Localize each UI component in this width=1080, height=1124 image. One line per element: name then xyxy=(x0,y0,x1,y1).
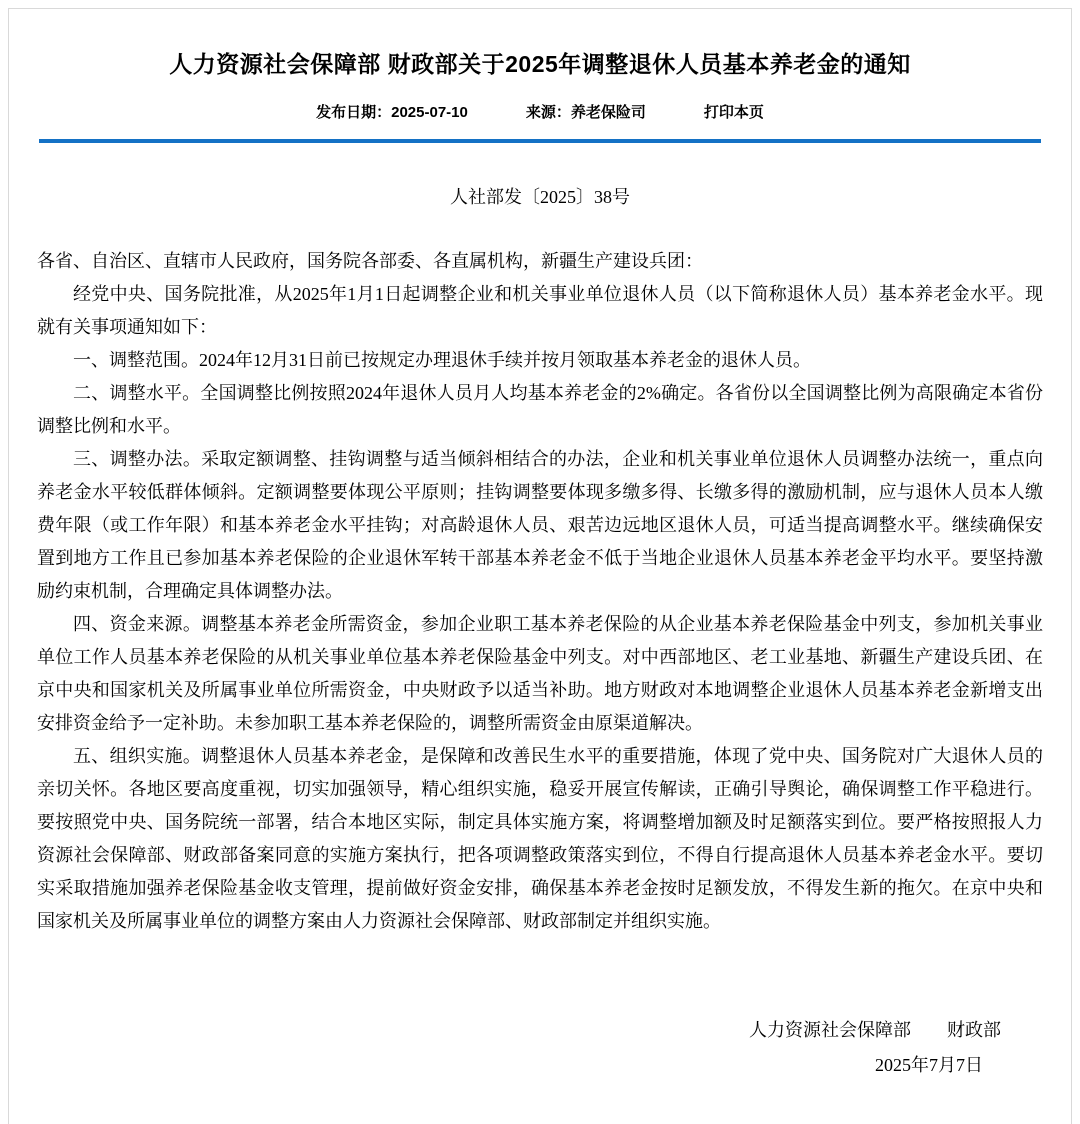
signature-org: 人力资源社会保障部 财政部 xyxy=(37,1014,1043,1047)
page-title: 人力资源社会保障部 财政部关于2025年调整退休人员基本养老金的通知 xyxy=(37,49,1043,79)
document-body: 各省、自治区、直辖市人民政府，国务院各部委、各直属机构，新疆生产建设兵团： 经党… xyxy=(37,245,1043,938)
document-number: 人社部发〔2025〕38号 xyxy=(37,185,1043,209)
paragraph-section-1: 一、调整范围。2024年12月31日前已按规定办理退休手续并按月领取基本养老金的… xyxy=(37,344,1043,377)
paragraph-section-2: 二、调整水平。全国调整比例按照2024年退休人员月人均基本养老金的2%确定。各省… xyxy=(37,377,1043,443)
signature-block: 人力资源社会保障部 财政部 2025年7月7日 xyxy=(37,1014,1043,1082)
paragraph-section-5: 五、组织实施。调整退休人员基本养老金，是保障和改善民生水平的重要措施，体现了党中… xyxy=(37,740,1043,938)
publish-date-label: 发布日期： xyxy=(316,104,391,121)
notice-page: 人力资源社会保障部 财政部关于2025年调整退休人员基本养老金的通知 发布日期：… xyxy=(8,8,1072,1124)
publish-date: 发布日期：2025-07-10 xyxy=(316,103,468,123)
salutation-line: 各省、自治区、直辖市人民政府，国务院各部委、各直属机构，新疆生产建设兵团： xyxy=(37,245,1043,278)
signature-date: 2025年7月7日 xyxy=(37,1049,1043,1082)
document-viewport: 人力资源社会保障部 财政部关于2025年调整退休人员基本养老金的通知 发布日期：… xyxy=(0,0,1080,1124)
paragraph-intro: 经党中央、国务院批准，从2025年1月1日起调整企业和机关事业单位退休人员（以下… xyxy=(37,278,1043,344)
publish-date-value: 2025-07-10 xyxy=(391,104,468,121)
print-page-button[interactable]: 打印本页 xyxy=(704,103,764,123)
blue-divider xyxy=(39,139,1041,143)
source-label: 来源： xyxy=(526,104,571,121)
meta-bar: 发布日期：2025-07-10 来源：养老保险司 打印本页 xyxy=(37,103,1043,123)
source: 来源：养老保险司 xyxy=(526,103,646,123)
paragraph-section-4: 四、资金来源。调整基本养老金所需资金，参加企业职工基本养老保险的从企业基本养老保… xyxy=(37,608,1043,740)
source-value: 养老保险司 xyxy=(571,104,646,121)
paragraph-section-3: 三、调整办法。采取定额调整、挂钩调整与适当倾斜相结合的办法，企业和机关事业单位退… xyxy=(37,443,1043,608)
